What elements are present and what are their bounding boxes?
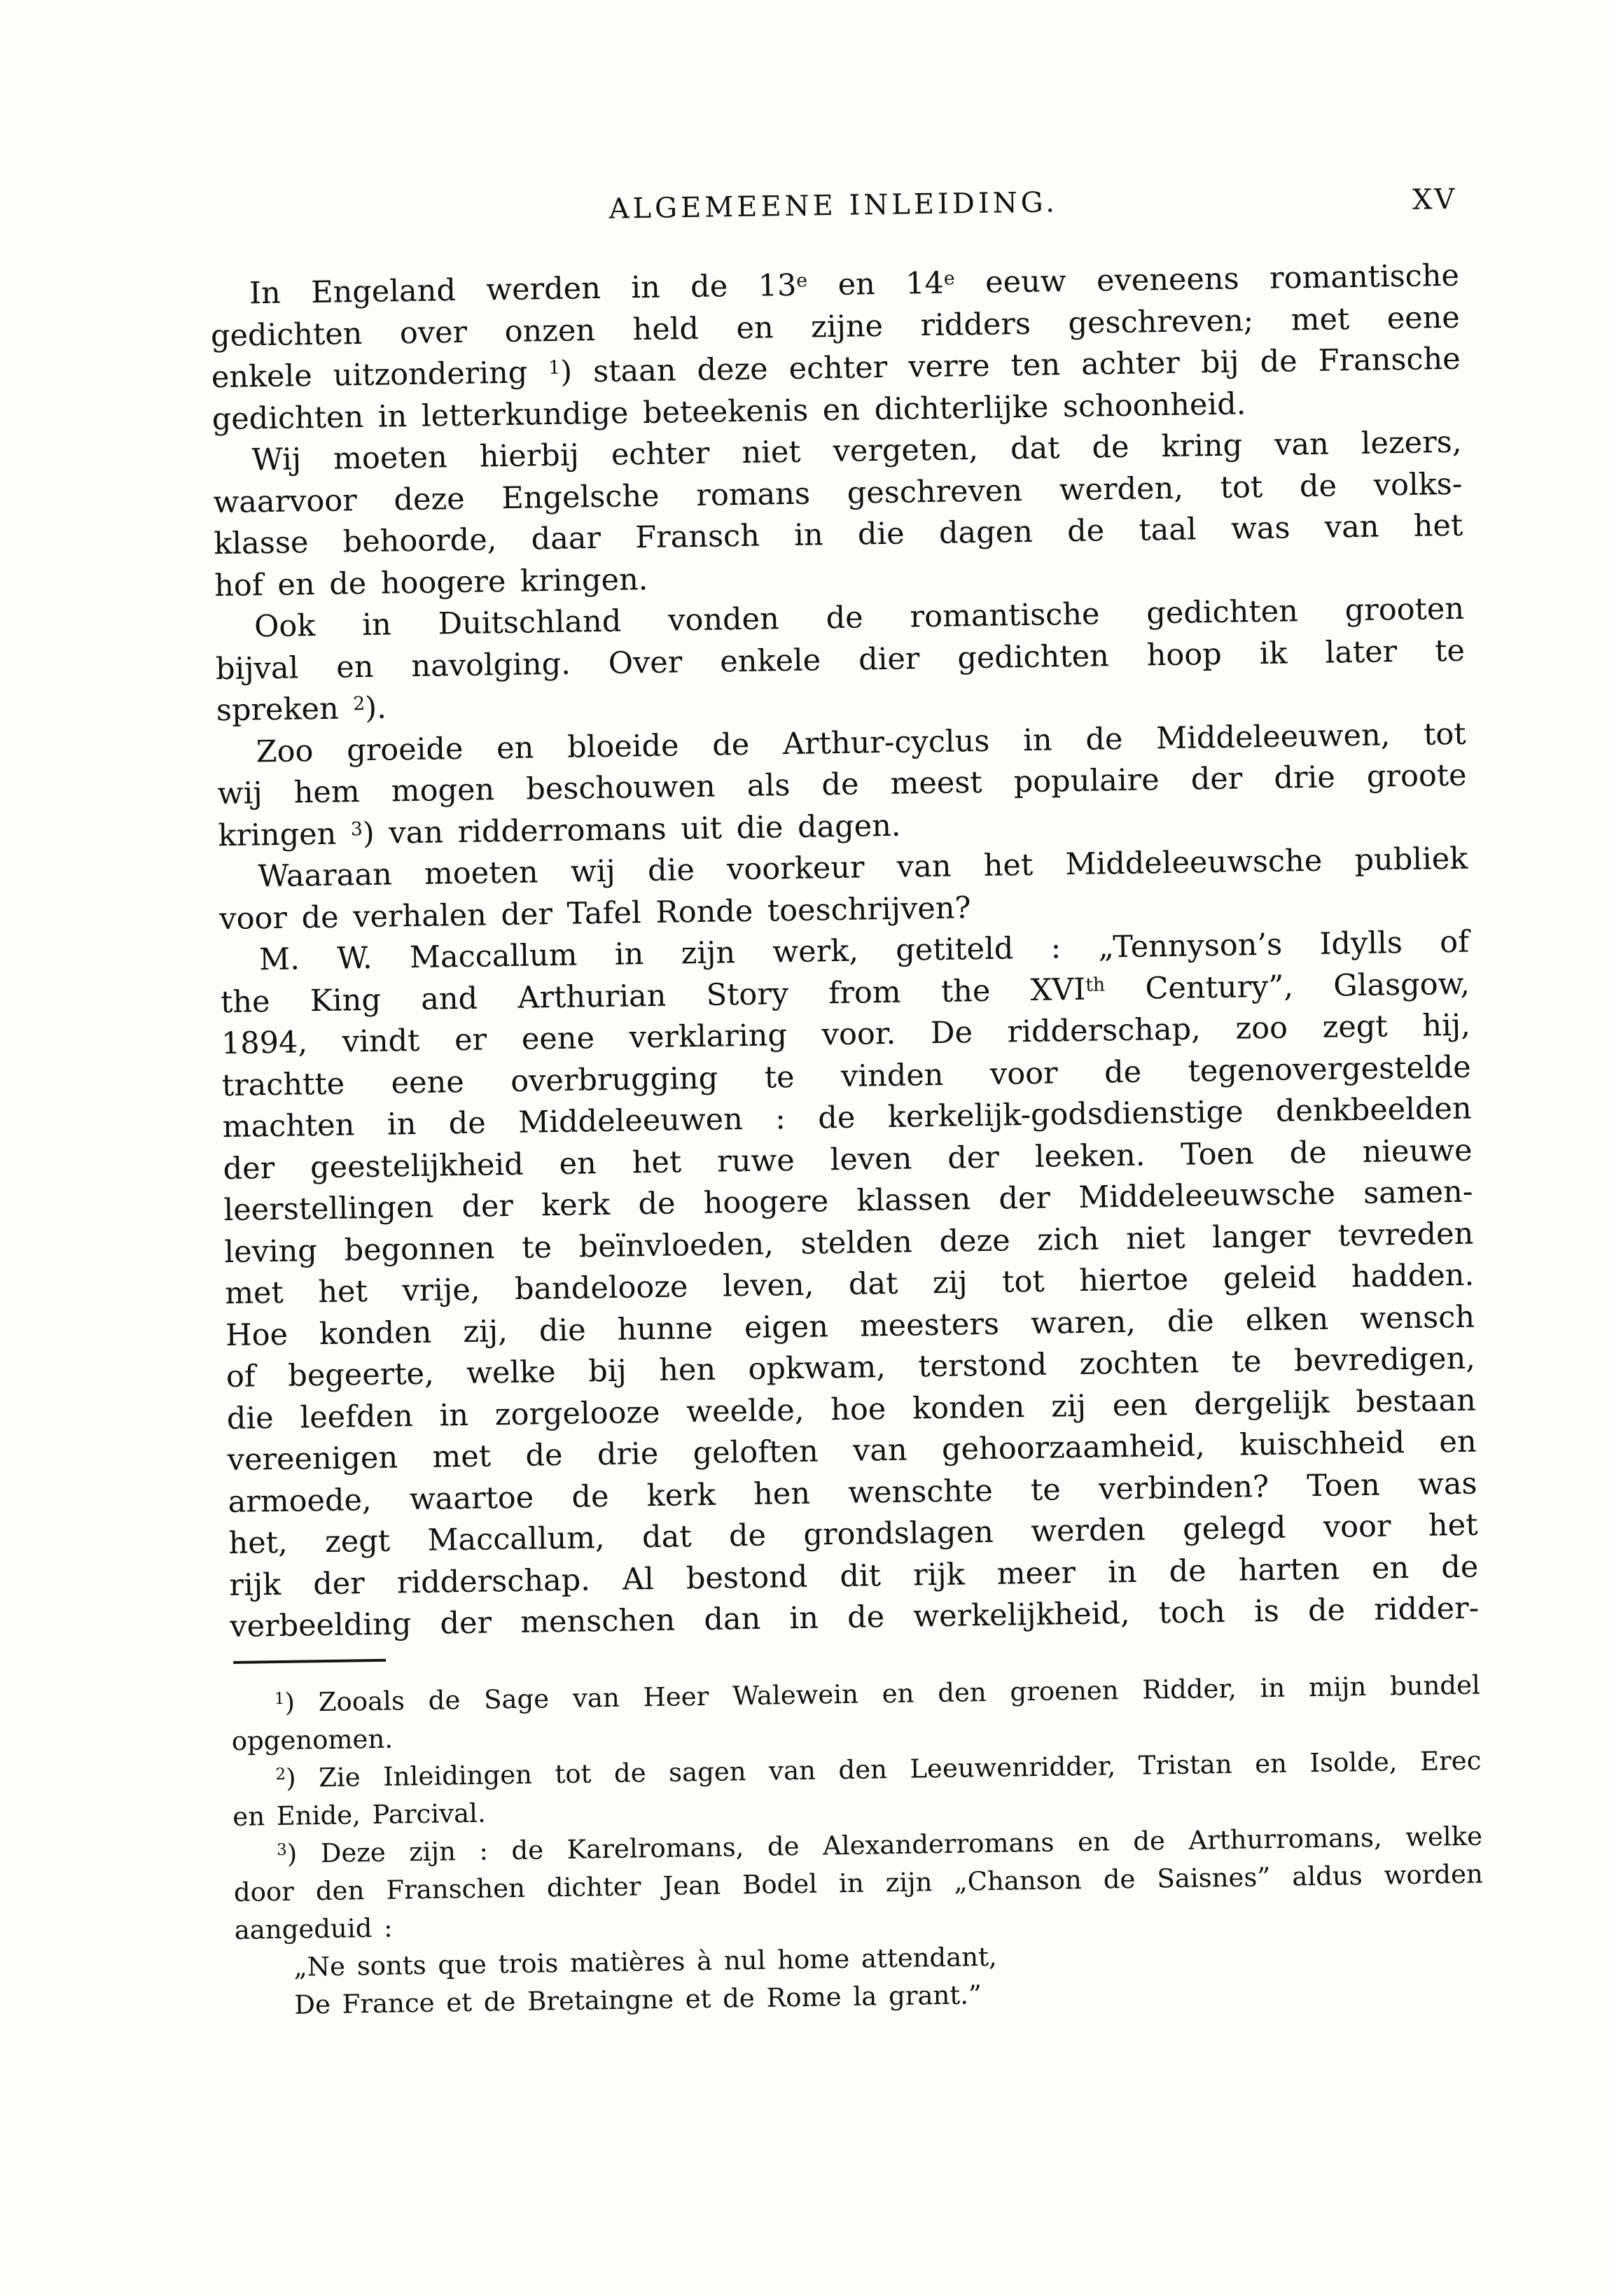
superscript: 2 [353, 693, 365, 715]
footnote-separator-rule [233, 1658, 386, 1663]
superscript: 3 [351, 818, 363, 840]
running-title: ALGEMEENE INLEIDING. [209, 181, 1458, 230]
superscript: e [944, 267, 955, 289]
superscript: 3 [277, 1841, 287, 1859]
book-page: ALGEMEENE INLEIDING. XV In Engeland werd… [0, 0, 1614, 2296]
superscript: 2 [275, 1765, 286, 1784]
superscript: th [1085, 974, 1105, 995]
superscript: e [796, 270, 807, 292]
footnotes: 1) Zooals de Sage van Heer Walewein en d… [231, 1666, 1485, 2024]
body-text: In Engeland werden in de 13e en 14e eeuw… [210, 255, 1480, 1648]
page-header: ALGEMEENE INLEIDING. XV [209, 181, 1459, 244]
page-number: XV [1412, 183, 1457, 216]
page-content: ALGEMEENE INLEIDING. XV In Engeland werd… [209, 181, 1484, 2025]
superscript: 1 [548, 357, 560, 379]
superscript: 1 [274, 1690, 285, 1708]
